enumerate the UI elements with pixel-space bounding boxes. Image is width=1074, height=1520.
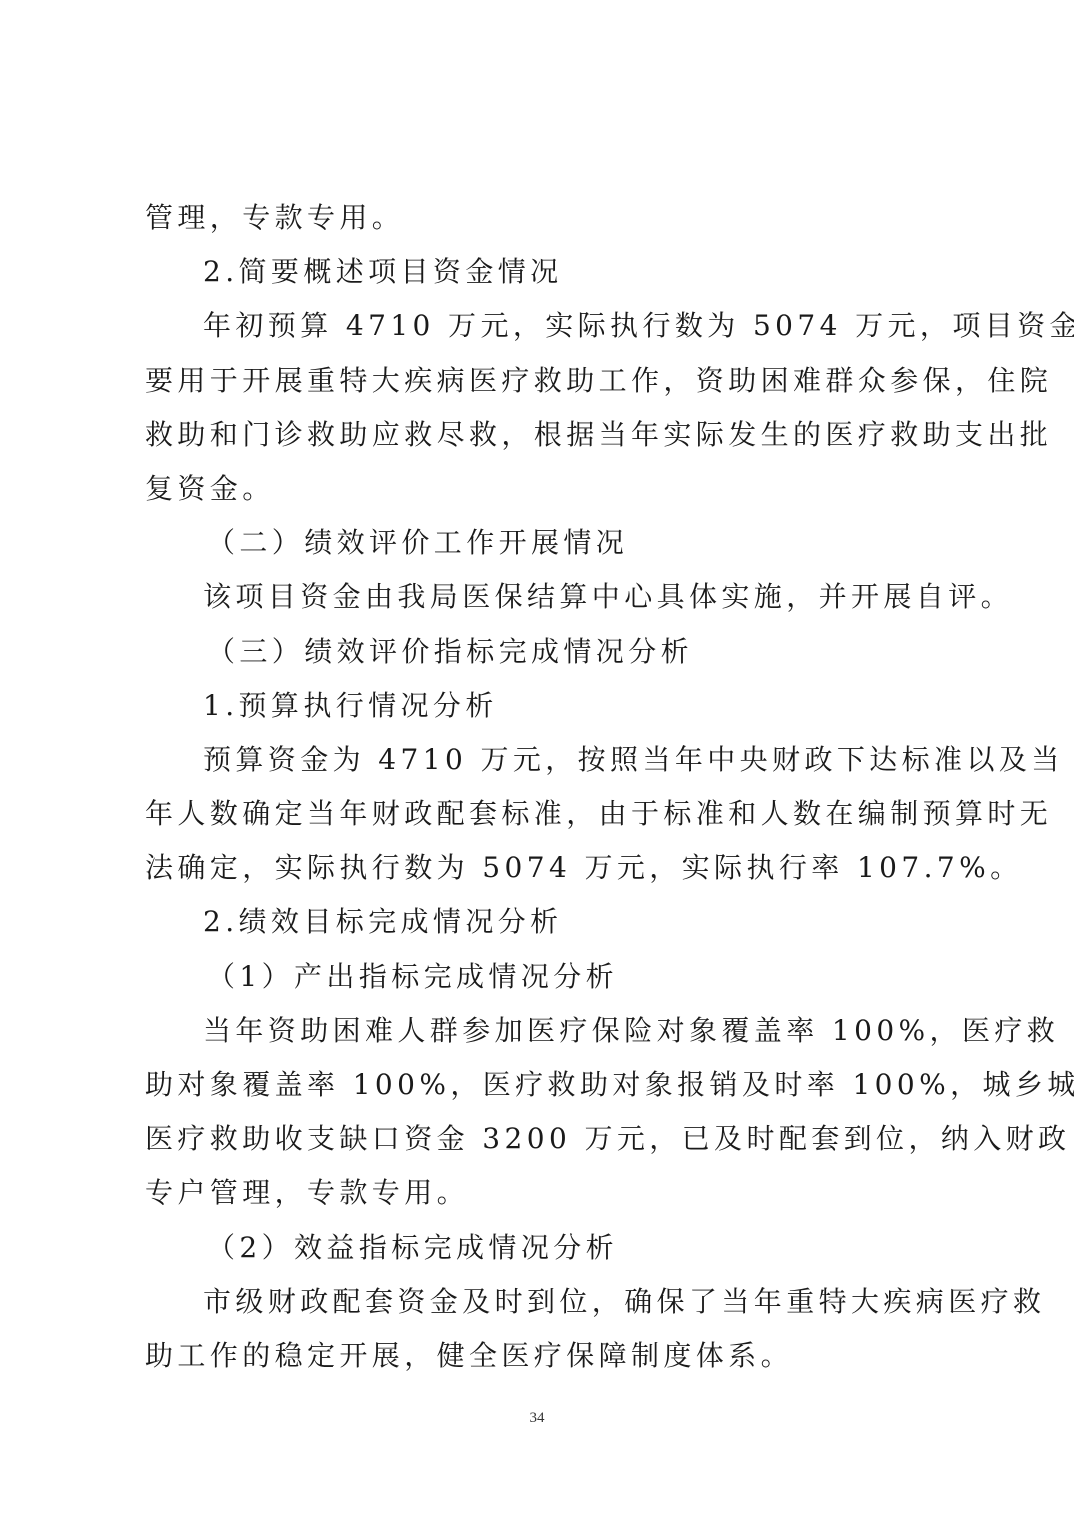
- section-heading: （二）绩效评价工作开展情况: [145, 521, 942, 575]
- section-heading: 2.简要概述项目资金情况: [145, 250, 942, 304]
- text-line: 救助和门诊救助应救尽救，根据当年实际发生的医疗救助支出批: [145, 413, 942, 467]
- text-line: 年人数确定当年财政配套标准，由于标准和人数在编制预算时无: [145, 792, 942, 846]
- section-heading: （三）绩效评价指标完成情况分析: [145, 630, 942, 684]
- text-line: 该项目资金由我局医保结算中心具体实施，并开展自评。: [145, 575, 942, 629]
- text-line: 复资金。: [145, 467, 942, 521]
- section-heading: 1.预算执行情况分析: [145, 684, 942, 738]
- text-line: 助工作的稳定开展，健全医疗保障制度体系。: [145, 1334, 942, 1388]
- text-line: 助对象覆盖率 100%，医疗救助对象报销及时率 100%，城乡城乡: [145, 1063, 942, 1117]
- text-line: 市级财政配套资金及时到位，确保了当年重特大疾病医疗救: [145, 1280, 942, 1334]
- text-line: 医疗救助收支缺口资金 3200 万元，已及时配套到位，纳入财政: [145, 1117, 942, 1171]
- text-line: 法确定，实际执行数为 5074 万元，实际执行率 107.7%。: [145, 846, 942, 900]
- text-line: 管理，专款专用。: [145, 196, 942, 250]
- text-line: 预算资金为 4710 万元，按照当年中央财政下达标准以及当: [145, 738, 942, 792]
- document-body: 管理，专款专用。 2.简要概述项目资金情况 年初预算 4710 万元，实际执行数…: [145, 196, 942, 1388]
- section-heading: （1）产出指标完成情况分析: [145, 955, 942, 1009]
- text-line: 要用于开展重特大疾病医疗救助工作，资助困难群众参保，住院: [145, 359, 942, 413]
- text-line: 当年资助困难人群参加医疗保险对象覆盖率 100%，医疗救: [145, 1009, 942, 1063]
- page-number: 34: [0, 1410, 1074, 1427]
- text-line: 年初预算 4710 万元，实际执行数为 5074 万元，项目资金主: [145, 304, 942, 358]
- section-heading: 2.绩效目标完成情况分析: [145, 900, 942, 954]
- section-heading: （2）效益指标完成情况分析: [145, 1226, 942, 1280]
- text-line: 专户管理，专款专用。: [145, 1171, 942, 1225]
